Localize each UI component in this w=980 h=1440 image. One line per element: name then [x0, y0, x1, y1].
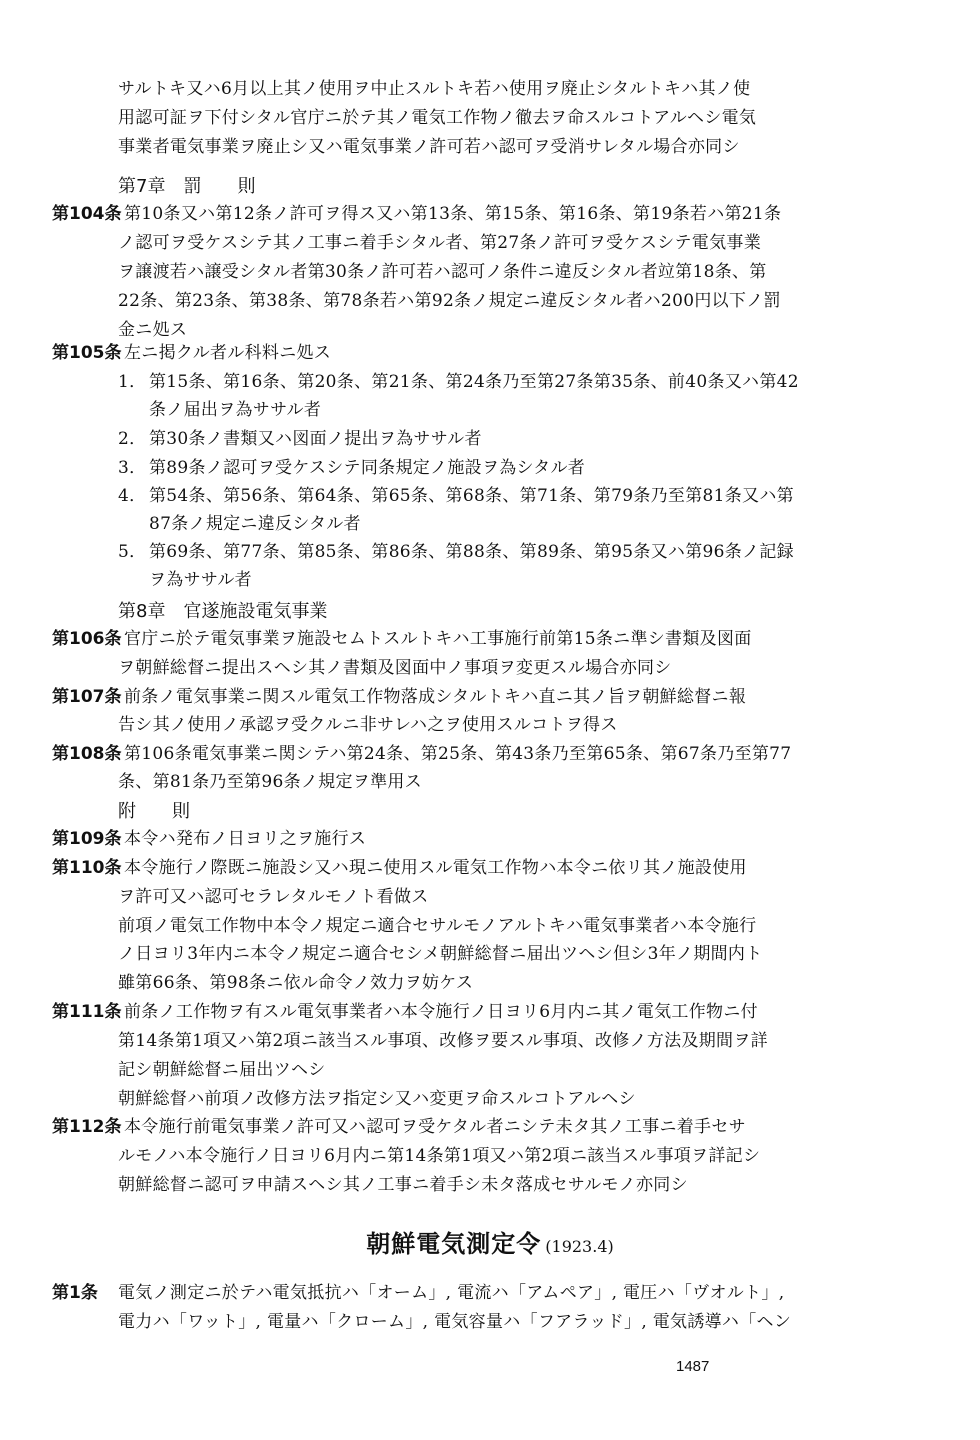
text-line: 第69条、第77条、第85条、第86条、第88条、第89条、第95条又ハ第96条…: [149, 539, 794, 565]
text-line: 本令ハ発布ノ日ヨリ之ヲ施行ス: [124, 826, 366, 852]
section-title: 朝鮮電気測定令(1923.4): [0, 1224, 980, 1259]
text-line: 用認可証ヲ下付シタル官庁ニ於テ其ノ電気工作物ノ徹去ヲ命スルコトアルヘシ電気: [118, 105, 756, 131]
text-line: ノ認可ヲ受ケスシテ其ノ工事ニ着手シタル者、第27条ノ許可ヲ受ケスシテ電気事業: [118, 230, 761, 256]
list-number: 4．: [118, 483, 146, 509]
list-number: 5．: [118, 539, 146, 565]
section-title-date: (1923.4): [545, 1237, 613, 1256]
text-line: 22条、第23条、第38条、第78条若ハ第92条ノ規定ニ違反シタル者ハ200円以…: [118, 288, 781, 314]
text-line: ヲ許可又ハ認可セラレタルモノト看做ス: [118, 884, 429, 910]
text-line: 記シ朝鮮総督ニ届出ツヘシ: [118, 1057, 326, 1083]
text-line: 前条ノ電気事業ニ関スル電気工作物落成シタルトキハ直ニ其ノ旨ヲ朝鮮総督ニ報: [124, 684, 746, 710]
text-line: 事業者電気事業ヲ廃止シ又ハ電気事業ノ許可若ハ認可ヲ受消サレタル場合亦同シ: [118, 134, 740, 160]
article-label: 第106条: [52, 626, 122, 652]
text-line: 第30条ノ書類又ハ図面ノ提出ヲ為ササル者: [149, 426, 482, 452]
text-line: 電気ノ測定ニ於テハ電気抵抗ハ「オーム」, 電流ハ「アムペア」, 電圧ハ「ヴオルト…: [118, 1280, 784, 1306]
article-label: 第105条: [52, 340, 122, 366]
text-line: ヲ為ササル者: [149, 567, 252, 593]
text-line: 前条ノ工作物ヲ有スル電気事業者ハ本令施行ノ日ヨリ6月内ニ其ノ電気工作物ニ付: [124, 999, 758, 1025]
article-label: 第108条: [52, 741, 122, 767]
list-number: 2．: [118, 426, 146, 452]
chapter-heading: 第7章 罰 則: [118, 173, 255, 201]
article-label: 第107条: [52, 684, 122, 710]
text-line: 第14条第1項又ハ第2項ニ該当スル事項、改修ヲ要スル事項、改修ノ方法及期間ヲ詳: [118, 1028, 768, 1054]
section-title-text: 朝鮮電気測定令: [366, 1230, 541, 1258]
text-line: 第89条ノ認可ヲ受ケスシテ同条規定ノ施設ヲ為シタル者: [149, 455, 585, 481]
section-heading: 附 則: [118, 798, 190, 826]
text-line: ヲ朝鮮総督ニ提出スヘシ其ノ書類及図面中ノ事項ヲ変更スル場合亦同シ: [118, 655, 672, 681]
text-line: 官庁ニ於テ電気事業ヲ施設セムトスルトキハ工事施行前第15条ニ準シ書類及図面: [124, 626, 752, 652]
text-line: 87条ノ規定ニ違反シタル者: [149, 511, 361, 537]
text-line: 左ニ掲クル者ル科料ニ処ス: [124, 340, 331, 366]
text-line: ノ日ヨリ3年内ニ本令ノ規定ニ適合セシメ朝鮮総督ニ届出ツヘシ但シ3年ノ期間内ト: [118, 941, 763, 967]
text-line: 朝鮮総督ニ認可ヲ申請スヘシ其ノ工事ニ着手シ未タ落成セサルモノ亦同シ: [118, 1172, 688, 1198]
text-line: 本令施行ノ際既ニ施設シ又ハ現ニ使用スル電気工作物ハ本令ニ依リ其ノ施設使用: [124, 855, 747, 881]
chapter-heading: 第8章 官遂施設電気事業: [118, 598, 327, 626]
text-line: ヲ譲渡若ハ譲受シタル者第30条ノ許可若ハ認可ノ条件ニ違反シタル者竝第18条、第: [118, 259, 767, 285]
text-line: 雖第66条、第98条ニ依ル命令ノ效力ヲ妨ケス: [118, 970, 473, 996]
article-label: 第109条: [52, 826, 122, 852]
text-line: 条、第81条乃至第96条ノ規定ヲ準用ス: [118, 769, 422, 795]
article-label: 第110条: [52, 855, 122, 881]
text-line: 電力ハ「ワット」, 電量ハ「クローム」, 電気容量ハ「フアラッド」, 電気誘導ハ…: [118, 1309, 791, 1335]
text-line: ルモノハ本令施行ノ日ヨリ6月内ニ第14条第1項又ハ第2項ニ該当スル事項ヲ詳記シ: [118, 1143, 760, 1169]
article-label: 第112条: [52, 1114, 122, 1140]
text-line: 告シ其ノ使用ノ承認ヲ受クルニ非サレハ之ヲ使用スルコトヲ得ス: [118, 712, 618, 738]
article-label: 第104条: [52, 201, 122, 227]
article-label: 第1条: [52, 1280, 98, 1306]
text-line: 本令施行前電気事業ノ許可又ハ認可ヲ受ケタル者ニシテ未タ其ノ工事ニ着手セサ: [124, 1114, 746, 1140]
text-line: 第54条、第56条、第64条、第65条、第68条、第71条、第79条乃至第81条…: [149, 483, 794, 509]
list-number: 1．: [118, 369, 146, 395]
text-line: 第15条、第16条、第20条、第21条、第24条乃至第27条第35条、前40条又…: [149, 369, 799, 395]
text-line: 第10条又ハ第12条ノ許可ヲ得ス又ハ第13条、第15条、第16条、第19条若ハ第…: [124, 201, 781, 227]
text-line: 朝鮮総督ハ前項ノ改修方法ヲ指定シ又ハ変更ヲ命スルコトアルヘシ: [118, 1086, 636, 1112]
article-label: 第111条: [52, 999, 122, 1025]
text-line: 前項ノ電気工作物中本令ノ規定ニ適合セサルモノアルトキハ電気事業者ハ本令施行: [118, 913, 756, 939]
text-line: サルトキ又ハ6月以上其ノ使用ヲ中止スルトキ若ハ使用ヲ廃止シタルトキハ其ノ使: [118, 76, 750, 102]
page-number: 1487: [676, 1358, 709, 1375]
text-line: 第106条電気事業ニ関シテハ第24条、第25条、第43条乃至第65条、第67条乃…: [124, 741, 791, 767]
text-line: 条ノ届出ヲ為ササル者: [149, 397, 321, 423]
list-number: 3．: [118, 455, 146, 481]
